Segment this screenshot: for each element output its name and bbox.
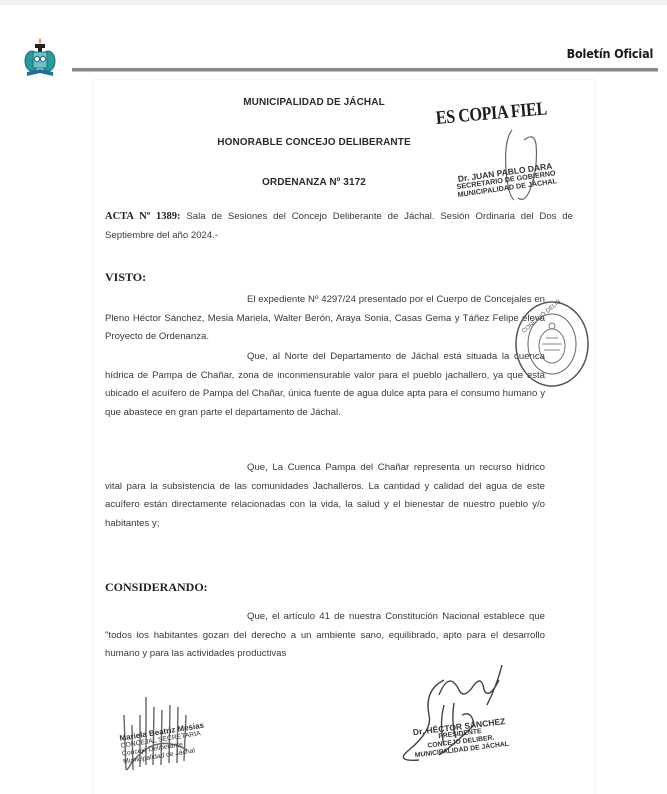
header-rule <box>72 68 658 72</box>
scanned-ordinance-page: MUNICIPALIDAD DE JÁCHAL HONORABLE CONCEJ… <box>94 80 594 794</box>
considerando-heading: CONSIDERANDO: <box>105 580 208 595</box>
acta-paragraph: ACTA Nº 1389: Sala de Sesiones del Conce… <box>105 208 573 245</box>
publication-title: Boletín Oficial <box>566 46 653 61</box>
council-seal-icon: CONCEJO DELIB <box>510 298 590 390</box>
visto-paragraph-3: Que, La Cuenca Pampa del Chañar represen… <box>105 459 545 533</box>
top-strip <box>0 0 667 5</box>
municipal-crest-icon <box>22 36 58 80</box>
visto-paragraph-1: El expediente Nº 4297/24 presentado por … <box>105 291 545 347</box>
considerando-paragraph-1: Que, el artículo 41 de nuestra Constituc… <box>105 608 545 664</box>
council-heading: HONORABLE CONCEJO DELIBERANTE <box>94 137 534 148</box>
visto-heading: VISTO: <box>105 270 146 285</box>
visto-paragraph-2: Que, al Norte del Departamento de Jáchal… <box>105 348 545 422</box>
acta-label: ACTA Nº 1389: <box>105 211 181 222</box>
